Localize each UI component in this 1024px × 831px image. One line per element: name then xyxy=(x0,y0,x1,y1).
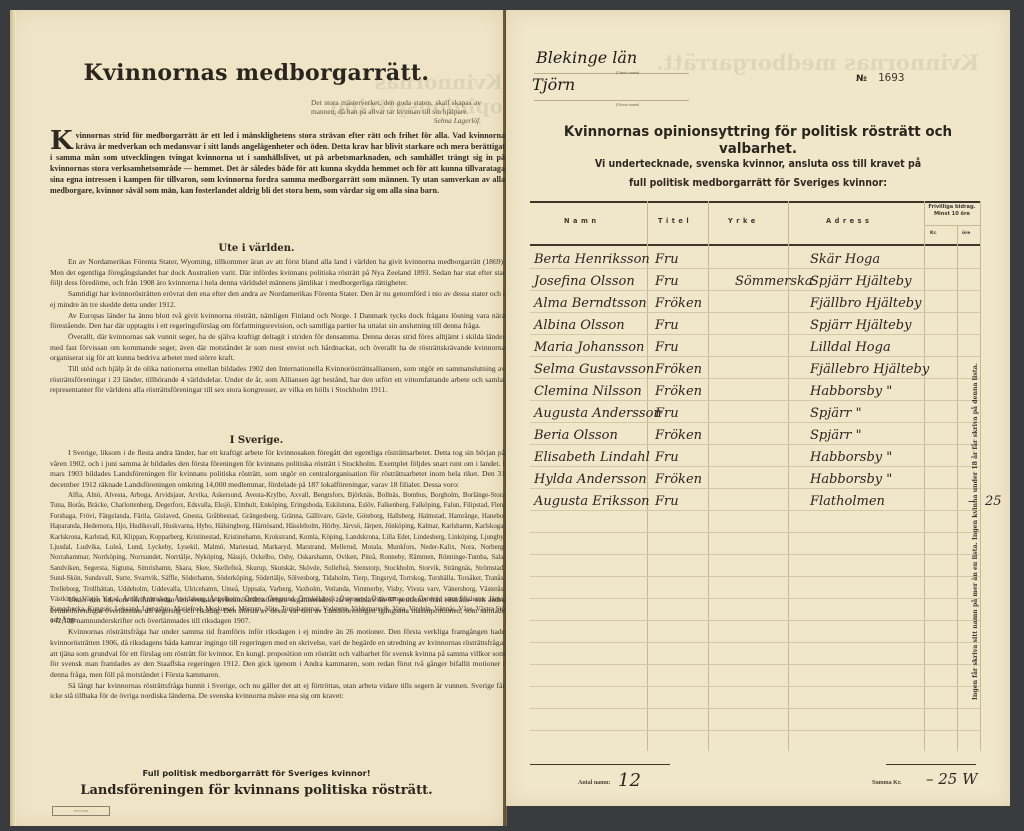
form-subtitle-line2: full politisk medborgarrätt för Sveriges… xyxy=(524,178,993,189)
paragraph: Kvinnornas rösträttsfråga har under samm… xyxy=(50,627,505,681)
right-page: Kvinnornas medborgarrätt. Blekinge län (… xyxy=(506,10,1010,806)
paragraph: Under den tid, som förflutit sedan den s… xyxy=(50,595,505,627)
table-row: Augusta Eriksson Fru Flatholmen – 25 xyxy=(530,492,980,514)
cell-title: Fröken xyxy=(655,384,702,399)
table-row: Elisabeth Lindahl Fru Habborsby " xyxy=(530,448,980,470)
intro-paragraph: K vinnornas strid för medborgarrätt är e… xyxy=(50,130,505,197)
rules-note-vertical: Ingen får skriva sitt namn på mer än en … xyxy=(972,250,979,700)
number-label: № xyxy=(856,74,867,84)
intro-text: vinnornas strid för medborgarrätt är ett… xyxy=(50,131,505,195)
cell-address: Spjärr " xyxy=(810,406,862,421)
row-rule xyxy=(530,532,980,533)
cell-address: Lilldal Hoga xyxy=(810,340,891,355)
row-rule xyxy=(530,708,980,709)
paragraph: Samtidigt har kvinnorösträtten erövrat d… xyxy=(50,289,505,310)
cell-address: Habborsby " xyxy=(810,472,892,487)
cell-title: Fröken xyxy=(655,428,702,443)
cell-name: Augusta Andersson xyxy=(534,406,662,421)
cell-name: Josefina Olsson xyxy=(534,274,635,289)
cell-title: Fru xyxy=(655,274,679,289)
sum-label: Summa Kr. xyxy=(872,780,901,786)
table-top-rule xyxy=(530,201,980,203)
county-label: (Länets namn) xyxy=(616,70,639,75)
name-count-label: Antal namn: xyxy=(578,780,611,786)
paragraph: Av Europas länder ha ännu blott två givi… xyxy=(50,311,505,332)
section-world-body: En av Nordamerikas Förenta Stater, Wyomi… xyxy=(50,257,505,396)
table-row: Clemina Nilsson Fröken Habborsby " xyxy=(530,382,980,404)
table-row: Maria Johansson Fru Lilldal Hoga xyxy=(530,338,980,360)
cell-title: Fru xyxy=(655,252,679,267)
column-header-ore: öre xyxy=(962,231,970,236)
cell-address: Fjällbro Hjälteby xyxy=(810,296,921,311)
paragraph: Överallt, där kvinnornas sak vunnit sege… xyxy=(50,332,505,364)
slogan: Full politisk medborgarrätt för Sveriges… xyxy=(10,768,503,778)
row-rule xyxy=(530,620,980,621)
cell-title: Fru xyxy=(655,450,679,465)
row-rule xyxy=(530,576,980,577)
table-row: Berta Henriksson Fru Skär Hoga xyxy=(530,250,980,272)
section-heading-world: Ute i världen. xyxy=(10,243,503,254)
paragraph: Så långt har kvinnornas rösträttsfråga h… xyxy=(50,681,505,702)
cell-name: Berta Henriksson xyxy=(534,252,650,267)
column-header-kr: Kr. xyxy=(930,231,937,236)
cell-name: Alma Berndtsson xyxy=(534,296,647,311)
cell-name: Hylda Andersson xyxy=(534,472,647,487)
place-label: (Ortens namn) xyxy=(616,102,639,107)
cell-address: Spjärr " xyxy=(810,428,862,443)
paragraph: Till stöd och hjälp åt de olika nationer… xyxy=(50,364,505,396)
cell-name: Augusta Eriksson xyxy=(534,494,650,509)
row-rule xyxy=(530,598,980,599)
cell-address: Habborsby " xyxy=(810,450,892,465)
county-line xyxy=(534,73,689,74)
cell-address: Habborsby " xyxy=(810,384,892,399)
cell-address: Spjärr Hjälteby xyxy=(810,274,911,289)
organization-name: Landsföreningen för kvinnans politiska r… xyxy=(10,783,503,798)
printer-stamp: TRYCKERI xyxy=(52,806,110,816)
cell-address: Flatholmen xyxy=(810,494,885,509)
row-rule xyxy=(530,664,980,665)
cell-name: Albina Olsson xyxy=(534,318,625,333)
cell-name: Clemina Nilsson xyxy=(534,384,642,399)
column-header-name: Namn xyxy=(564,217,600,225)
quote-text: Det stora mästerverket, den goda staten,… xyxy=(311,98,481,116)
table-row: Albina Olsson Fru Spjärr Hjälteby xyxy=(530,316,980,338)
cell-title: Fru xyxy=(655,494,679,509)
cell-title: Fröken xyxy=(655,362,702,377)
page-edge xyxy=(10,10,16,826)
cell-name: Elisabeth Lindahl xyxy=(534,450,650,465)
footer-rule-right xyxy=(886,764,976,765)
row-rule xyxy=(530,686,980,687)
form-subtitle-line1: Vi undertecknade, svenska kvinnor, anslu… xyxy=(524,159,993,170)
row-rule xyxy=(530,554,980,555)
header-sub-rule xyxy=(924,225,980,226)
cell-address: Spjärr Hjälteby xyxy=(810,318,911,333)
cell-name: Selma Gustavsson xyxy=(534,362,654,377)
row-rule xyxy=(530,730,980,731)
cell-address: Skär Hoga xyxy=(810,252,880,267)
paragraph: En av Nordamerikas Förenta Stater, Wyomi… xyxy=(50,257,505,289)
table-header-rule xyxy=(530,244,980,246)
epigraph-quote: Det stora mästerverket, den goda staten,… xyxy=(311,98,481,125)
cell-title: Fru xyxy=(655,406,679,421)
form-title: Kvinnornas opinionsyttring för politisk … xyxy=(526,123,990,157)
list-number: 1693 xyxy=(878,71,905,84)
cell-address: Fjällebro Hjälteby xyxy=(810,362,929,377)
cell-title: Fru xyxy=(655,318,679,333)
footer-rule-left xyxy=(530,764,670,765)
turn-over-note: Vänd! xyxy=(963,813,979,819)
cell-name: Beria Olsson xyxy=(534,428,618,443)
table-row: Hylda Andersson Fröken Habborsby " xyxy=(530,470,980,492)
quote-author: Selma Lagerlöf. xyxy=(311,116,481,125)
table-row: Beria Olsson Fröken Spjärr " xyxy=(530,426,980,448)
table-row: Alma Berndtsson Fröken Fjällbro Hjälteby xyxy=(530,294,980,316)
cell-name: Maria Johansson xyxy=(534,340,644,355)
sum-value: – 25 W xyxy=(926,770,978,788)
cell-occupation: Sömmerska xyxy=(735,274,813,289)
name-count-value: 12 xyxy=(618,770,641,791)
cell-title: Fru xyxy=(655,340,679,355)
place-line xyxy=(534,100,689,101)
table-row: Josefina Olsson Fru Sömmerska Spjärr Hjä… xyxy=(530,272,980,294)
table-row: Selma Gustavsson Fröken Fjällebro Hjälte… xyxy=(530,360,980,382)
column-header-address: Adress xyxy=(826,217,872,225)
column-header-title: Titel xyxy=(658,217,692,225)
column-header-occupation: Yrke xyxy=(728,217,759,225)
row-rule xyxy=(530,642,980,643)
column-header-contribution: Frivilliga bidrag. Minst 10 öre xyxy=(924,204,980,218)
drop-cap: K xyxy=(50,131,73,151)
county-handwritten: Blekinge län xyxy=(536,48,637,67)
section-heading-sweden: I Sverige. xyxy=(10,435,503,446)
section-sweden-after: Under den tid, som förflutit sedan den s… xyxy=(50,595,505,702)
cell-ore: 25 xyxy=(985,494,1002,509)
column-divider xyxy=(980,201,981,751)
place-handwritten: Tjörn xyxy=(532,75,575,94)
cell-title: Fröken xyxy=(655,296,702,311)
paragraph: I Sverige, liksom i de flesta andra länd… xyxy=(50,448,505,491)
cell-title: Fröken xyxy=(655,472,702,487)
page-title: Kvinnornas medborgarrätt. xyxy=(10,60,503,86)
section-sweden-body: I Sverige, liksom i de flesta andra länd… xyxy=(50,448,505,491)
table-row: Augusta Andersson Fru Spjärr " xyxy=(530,404,980,426)
left-page: Kvinnornas opinionsyttring Kvinnornas me… xyxy=(10,10,505,826)
